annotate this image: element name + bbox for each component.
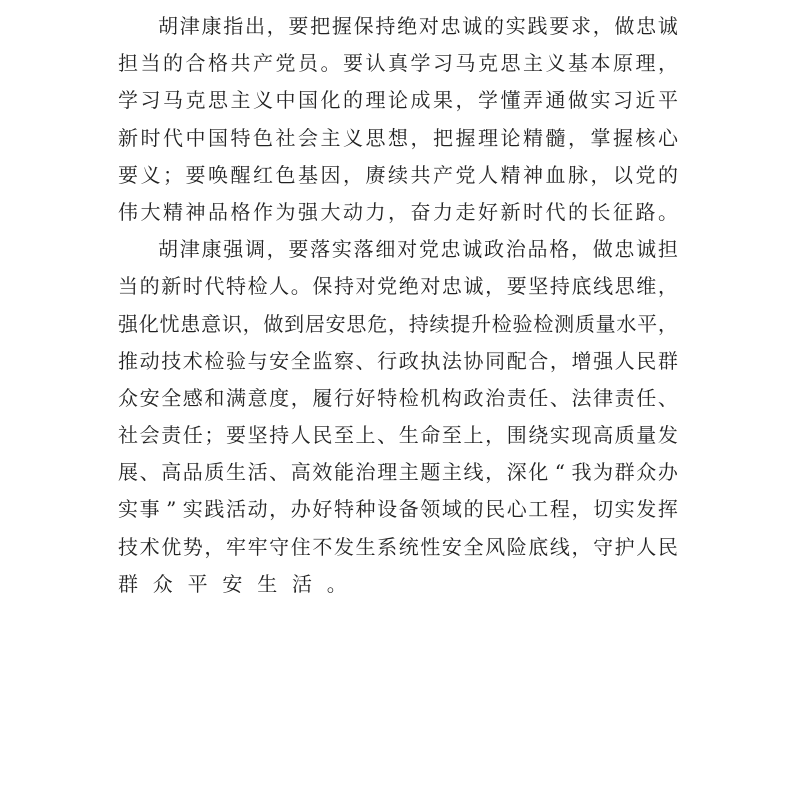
text-line: 众安全感和满意度，履行好特检机构政治责任、法律责任、 [118,380,678,417]
paragraph-1: 胡津康指出，要把握保持绝对忠诚的实践要求，做忠诚 担当的合格共产党员。要认真学习… [118,8,678,231]
text-line: 学习马克思主义中国化的理论成果，学懂弄通做实习近平 [118,82,678,119]
text-line: 要义；要唤醒红色基因，赓续共产党人精神血脉，以党的 [118,157,678,194]
text-line: 展、高品质生活、高效能治理主题主线，深化“我为群众办 [118,454,678,491]
document-page: 胡津康指出，要把握保持绝对忠诚的实践要求，做忠诚 担当的合格共产党员。要认真学习… [118,8,678,603]
text-line: 胡津康强调，要落实落细对党忠诚政治品格，做忠诚担 [118,231,678,268]
text-line: 强化忧患意识，做到居安思危，持续提升检验检测质量水平， [118,306,678,343]
text-line: 社会责任；要坚持人民至上、生命至上，围绕实现高质量发 [118,417,678,454]
text-line: 担当的合格共产党员。要认真学习马克思主义基本原理， [118,45,678,82]
text-line: 胡津康指出，要把握保持绝对忠诚的实践要求，做忠诚 [118,8,678,45]
text-line: 当的新时代特检人。保持对党绝对忠诚，要坚持底线思维， [118,268,678,305]
text-line: 实事”实践活动，办好特种设备领域的民心工程，切实发挥 [118,491,678,528]
paragraph-2: 胡津康强调，要落实落细对党忠诚政治品格，做忠诚担 当的新时代特检人。保持对党绝对… [118,231,678,603]
text-line: 技术优势，牢牢守住不发生系统性安全风险底线，守护人民 [118,529,678,566]
text-line: 群众平安生活。 [118,566,678,603]
text-line: 推动技术检验与安全监察、行政执法协同配合，增强人民群 [118,343,678,380]
text-line: 新时代中国特色社会主义思想，把握理论精髓，掌握核心 [118,120,678,157]
text-line: 伟大精神品格作为强大动力，奋力走好新时代的长征路。 [118,194,678,231]
